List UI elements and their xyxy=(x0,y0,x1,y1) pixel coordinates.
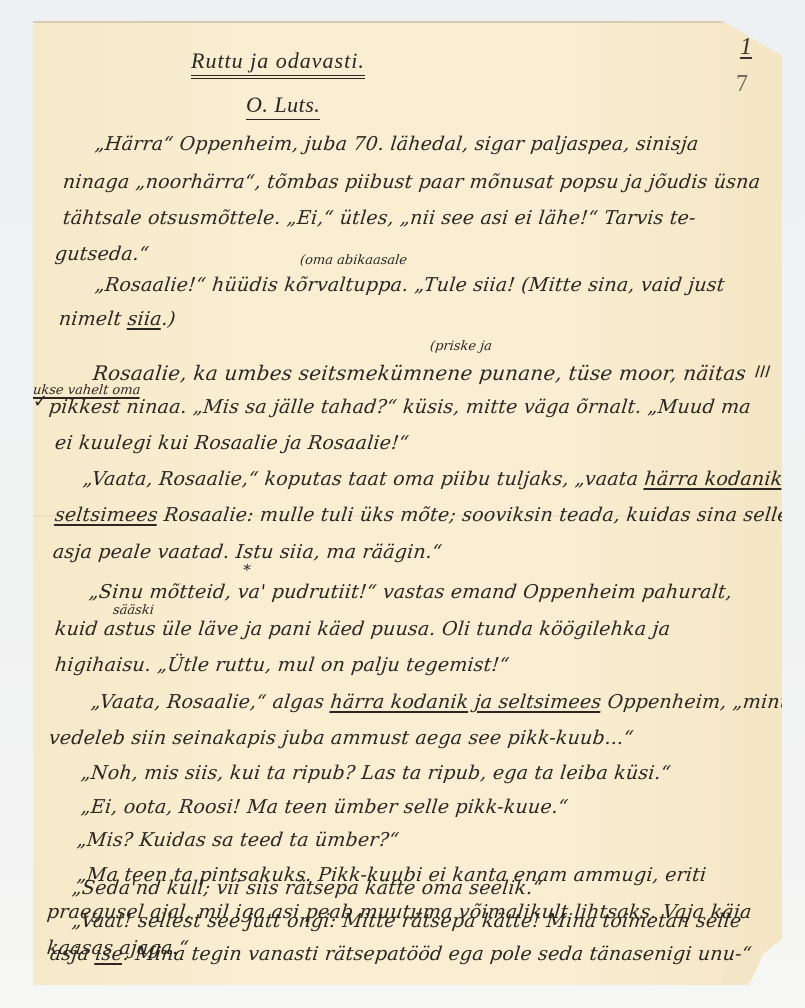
manuscript-line: asja ise. Mina tegin vanasti rätsepatööd… xyxy=(49,943,753,965)
line-text: asja xyxy=(49,943,97,965)
manuscript-line: „Vaat! sellest see jutt ongi: Mitte räts… xyxy=(71,910,743,932)
manuscript-line: „Seda'nd küll; vii siis rätsepa kätte om… xyxy=(71,877,544,899)
manuscript-bottom-lines xyxy=(33,21,782,985)
underlined-word: ise xyxy=(94,943,124,965)
line-text: . Mina tegin vanasti rätsepatööd ega pol… xyxy=(122,943,753,965)
